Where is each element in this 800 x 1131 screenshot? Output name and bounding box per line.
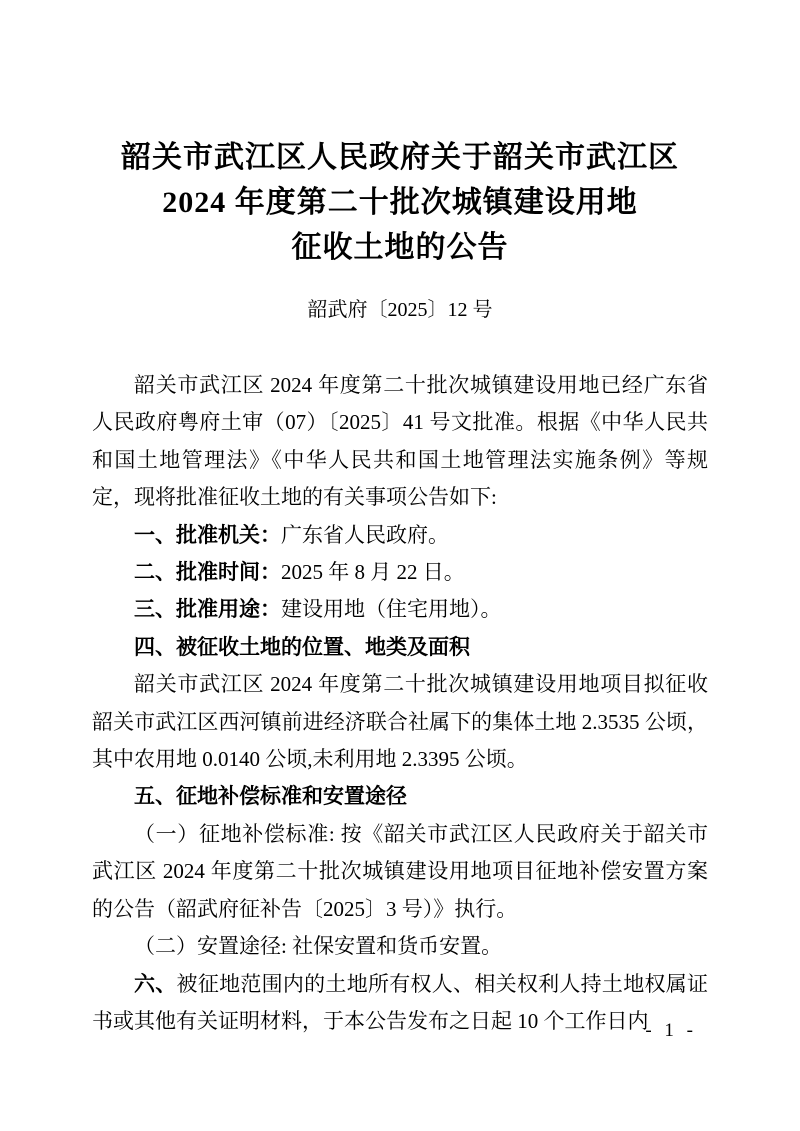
paragraph-item-3: 三、批准用途：建设用地（住宅用地）。 [92, 591, 708, 628]
document-title-line-3: 征收土地的公告 [92, 225, 708, 270]
document-number: 韶武府〔2025〕12 号 [92, 295, 708, 325]
document-title: 韶关市武江区人民政府关于韶关市武江区 2024 年度第二十批次城镇建设用地 征收… [92, 135, 708, 270]
paragraph-bold-label: 六、 [134, 973, 177, 996]
paragraph-text: （二）安置途径: 社保安置和货币安置。 [134, 934, 502, 958]
paragraph-text: 被征地范围内的土地所有权人、相关权利人持土地权属证书或其他有关证明材料，于本公告… [92, 972, 708, 1033]
paragraph-text: 建设用地（住宅用地）。 [281, 597, 502, 621]
paragraph-item-4: 四、被征收土地的位置、地类及面积 [92, 629, 708, 666]
paragraph-item-2: 二、批准时间：2025 年 8 月 22 日。 [92, 554, 708, 591]
paragraph-bold-label: 二、批准时间： [134, 561, 281, 584]
document-title-line-1: 韶关市武江区人民政府关于韶关市武江区 [92, 135, 708, 180]
paragraph-item-6: 六、被征地范围内的土地所有权人、相关权利人持土地权属证书或其他有关证明材料，于本… [92, 966, 708, 1041]
document-body: 韶关市武江区 2024 年度第二十批次城镇建设用地已经广东省人民政府粤府土审（0… [92, 367, 708, 1040]
paragraph-bold-label: 五、征地补偿标准和安置途径 [134, 785, 407, 808]
paragraph-item-1: 一、批准机关：广东省人民政府。 [92, 517, 708, 554]
paragraph-resettlement: （二）安置途径: 社保安置和货币安置。 [92, 928, 708, 965]
document-title-line-2: 2024 年度第二十批次城镇建设用地 [92, 180, 708, 225]
paragraph-intro: 韶关市武江区 2024 年度第二十批次城镇建设用地已经广东省人民政府粤府土审（0… [92, 367, 708, 517]
paragraph-compensation: （一）征地补偿标准: 按《韶关市武江区人民政府关于韶关市武江区 2024 年度第… [92, 816, 708, 928]
document-page: 韶关市武江区人民政府关于韶关市武江区 2024 年度第二十批次城镇建设用地 征收… [92, 0, 708, 1040]
paragraph-text: 2025 年 8 月 22 日。 [281, 560, 465, 584]
paragraph-text: （一）征地补偿标准: 按《韶关市武江区人民政府关于韶关市武江区 2024 年度第… [92, 822, 708, 921]
paragraph-text: 韶关市武江区 2024 年度第二十批次城镇建设用地已经广东省人民政府粤府土审（0… [92, 373, 708, 509]
paragraph-bold-label: 四、被征收土地的位置、地类及面积 [134, 636, 470, 659]
paragraph-bold-label: 一、批准机关： [134, 524, 281, 547]
paragraph-text: 韶关市武江区 2024 年度第二十批次城镇建设用地项目拟征收韶关市武江区西河镇前… [92, 672, 708, 771]
paragraph-bold-label: 三、批准用途： [134, 598, 281, 621]
paragraph-land-detail: 韶关市武江区 2024 年度第二十批次城镇建设用地项目拟征收韶关市武江区西河镇前… [92, 666, 708, 778]
paragraph-item-5: 五、征地补偿标准和安置途径 [92, 778, 708, 815]
page-number: - 1 - [645, 1018, 697, 1044]
paragraph-text: 广东省人民政府。 [281, 523, 449, 547]
